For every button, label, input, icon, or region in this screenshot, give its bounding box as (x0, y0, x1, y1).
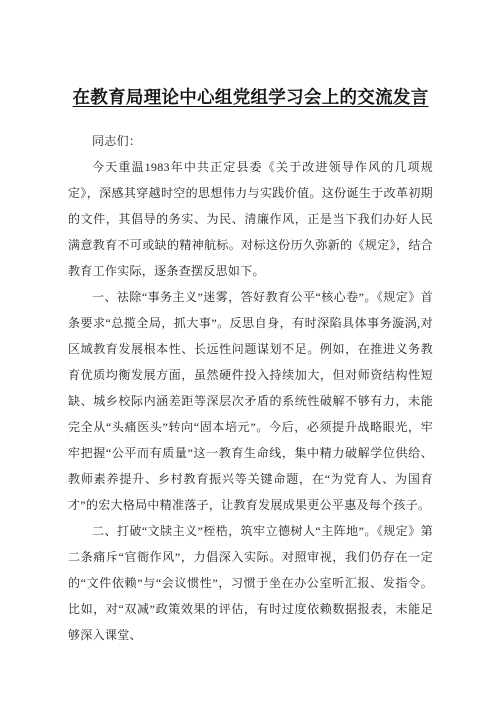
document-page: 在教育局理论中心组党组学习会上的交流发言 同志们： 今天重温1983年中共正定县… (0, 0, 500, 707)
paragraph-point-two: 二、打破“文牍主义”桎梏，筑牢立德树人“主阵地”。《规定》第二条痛斥“官衙作风”… (68, 518, 433, 648)
paragraph-point-one: 一、祛除“事务主义”迷雾，答好教育公平“核心卷”。《规定》首条要求“总揽全局，抓… (68, 284, 433, 518)
document-title: 在教育局理论中心组党组学习会上的交流发言 (68, 86, 433, 108)
salutation-line: 同志们： (68, 128, 433, 154)
paragraph-intro: 今天重温1983年中共正定县委《关于改进领导作风的几项规定》，深感其穿越时空的思… (68, 154, 433, 284)
